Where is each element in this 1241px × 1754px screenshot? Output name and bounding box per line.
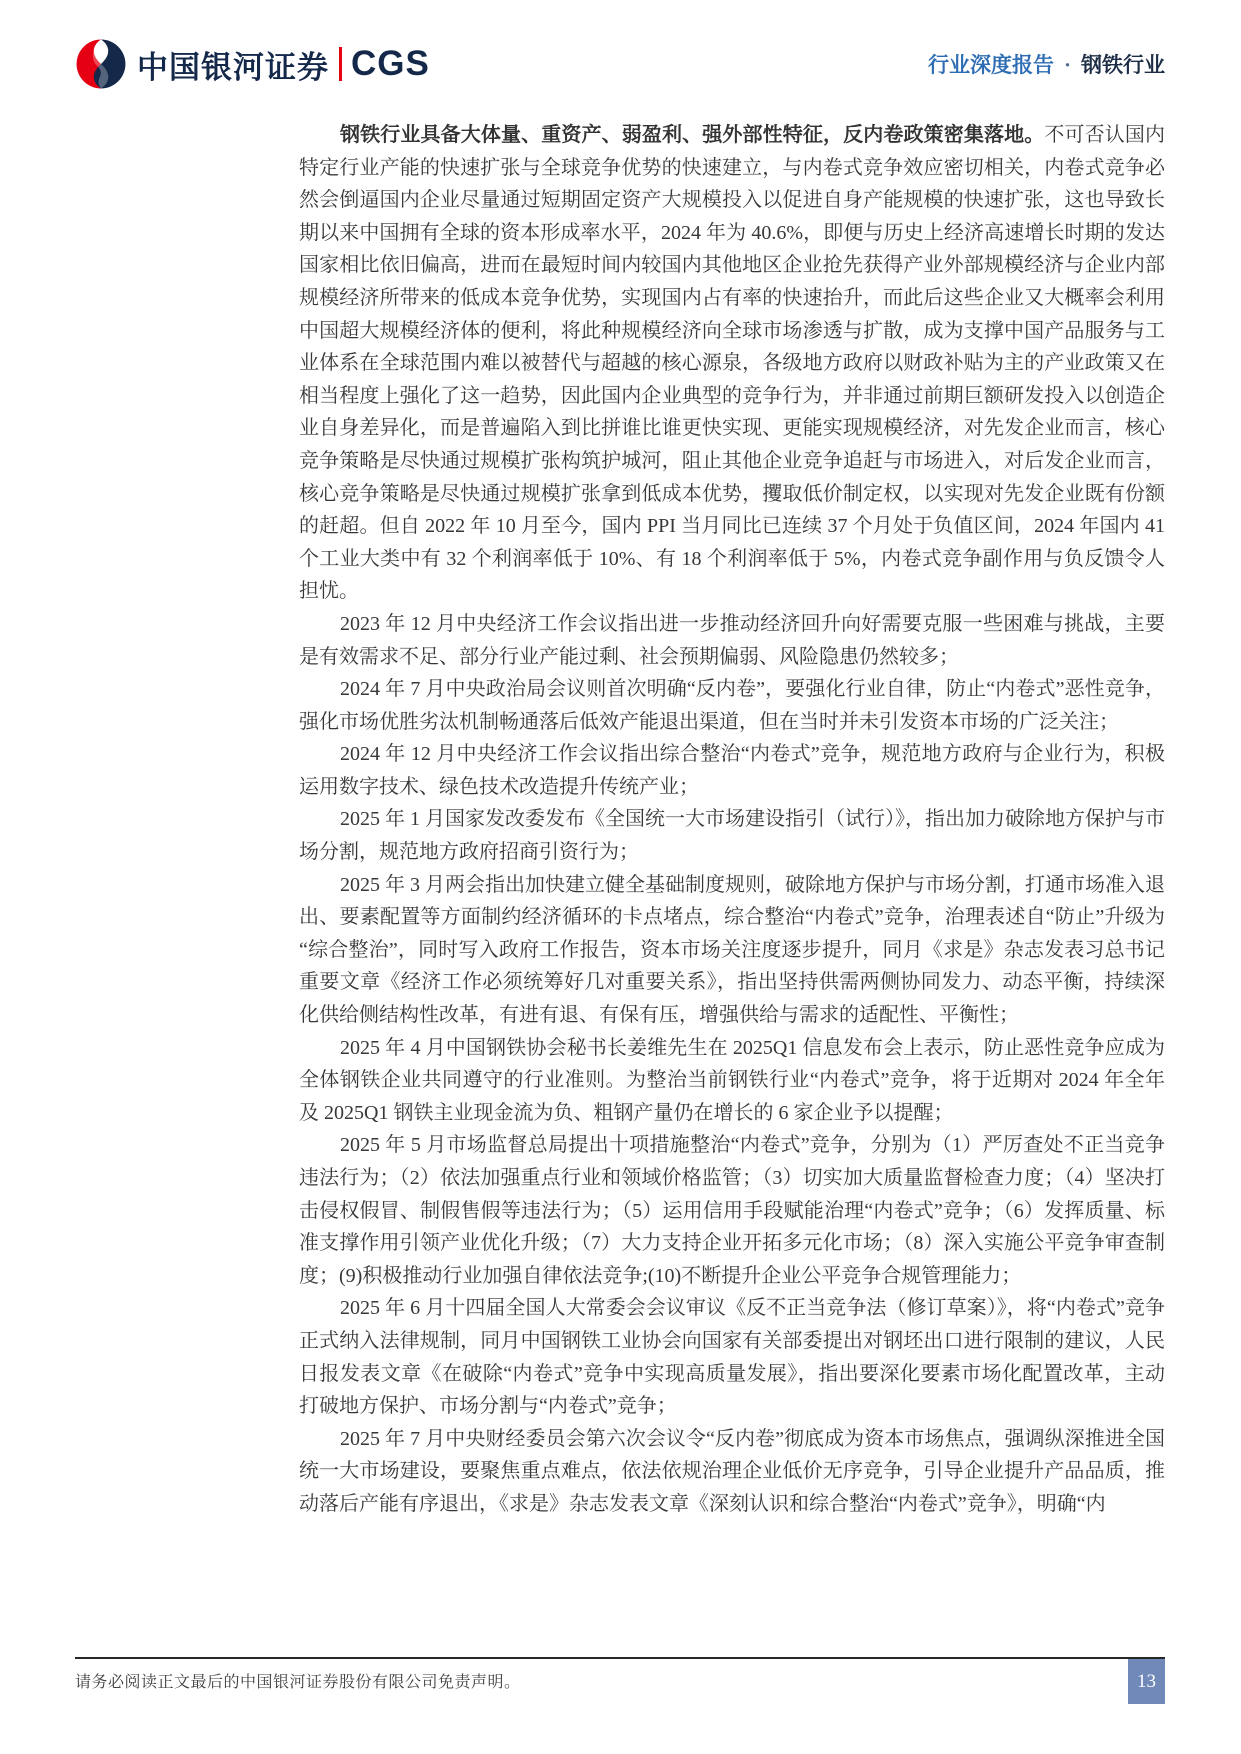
footer-disclaimer: 请务必阅读正文最后的中国银河证券股份有限公司免责声明。 bbox=[75, 1669, 521, 1692]
brand-name-en: CGS bbox=[351, 44, 430, 84]
header-report-label: 行业深度报告·钢铁行业 bbox=[928, 49, 1165, 79]
report-body: 钢铁行业具备大体量、重资产、弱盈利、强外部性特征，反内卷政策密集落地。不可否认国… bbox=[299, 119, 1165, 1521]
industry-label: 钢铁行业 bbox=[1081, 53, 1165, 77]
paragraph: 2025 年 5 月市场监督总局提出十项措施整治“内卷式”竞争，分别为（1）严厉… bbox=[299, 1129, 1165, 1292]
galaxy-swirl-icon bbox=[75, 38, 127, 90]
brand-logo: 中国银河证券 CGS bbox=[75, 38, 430, 90]
lead-body-text: 不可否认国内特定行业产能的快速扩张与全球竞争优势的快速建立，与内卷式竞争效应密切… bbox=[299, 124, 1165, 602]
paragraph: 2024 年 7 月中央政治局会议则首次明确“反内卷”，要强化行业自律，防止“内… bbox=[299, 673, 1165, 738]
paragraph-lead: 钢铁行业具备大体量、重资产、弱盈利、强外部性特征，反内卷政策密集落地。不可否认国… bbox=[299, 119, 1165, 608]
report-page: 中国银河证券 CGS 行业深度报告·钢铁行业 钢铁行业具备大体量、重资产、弱盈利… bbox=[0, 0, 1241, 1754]
header-separator-dot: · bbox=[1064, 53, 1071, 77]
paragraph: 2024 年 12 月中央经济工作会议指出综合整治“内卷式”竞争，规范地方政府与… bbox=[299, 738, 1165, 803]
page-number-badge: 13 bbox=[1128, 1659, 1165, 1704]
paragraph: 2025 年 6 月十四届全国人大常委会会议审议《反不正当竞争法（修订草案）》，… bbox=[299, 1292, 1165, 1422]
footer-rule bbox=[75, 1657, 1165, 1659]
paragraph: 2025 年 7 月中央财经委员会第六次会议令“反内卷”彻底成为资本市场焦点，强… bbox=[299, 1423, 1165, 1521]
brand-name-cn: 中国银河证券 bbox=[137, 42, 329, 87]
paragraph: 2025 年 3 月两会指出加快建立健全基础制度规则，破除地方保护与市场分割，打… bbox=[299, 869, 1165, 1032]
lead-bold-sentence: 钢铁行业具备大体量、重资产、弱盈利、强外部性特征，反内卷政策密集落地。 bbox=[340, 124, 1044, 146]
paragraph: 2025 年 4 月中国钢铁协会秘书长姜维先生在 2025Q1 信息发布会上表示… bbox=[299, 1032, 1165, 1130]
report-type-label: 行业深度报告 bbox=[928, 53, 1054, 77]
page-header: 中国银河证券 CGS 行业深度报告·钢铁行业 bbox=[75, 36, 1165, 92]
logo-divider bbox=[339, 47, 342, 81]
paragraph: 2025 年 1 月国家发改委发布《全国统一大市场建设指引（试行）》，指出加力破… bbox=[299, 803, 1165, 868]
paragraph: 2023 年 12 月中央经济工作会议指出进一步推动经济回升向好需要克服一些困难… bbox=[299, 608, 1165, 673]
